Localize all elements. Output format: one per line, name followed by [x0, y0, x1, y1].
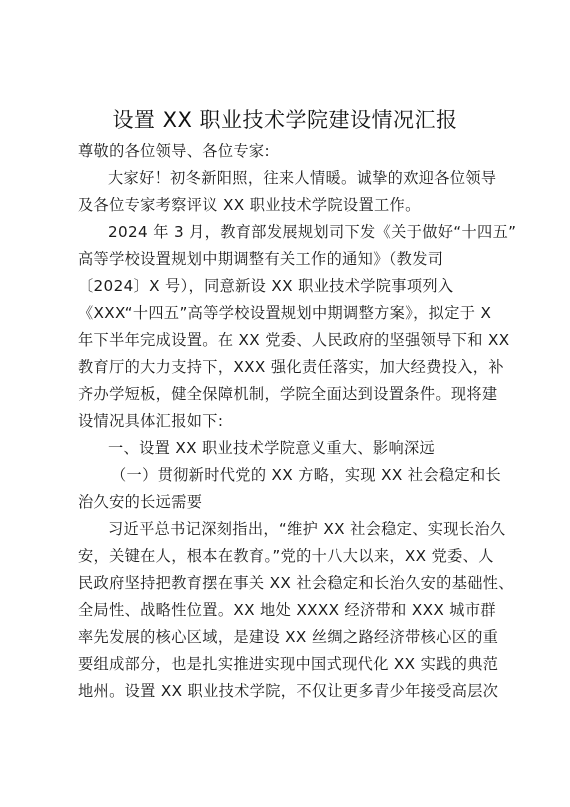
paragraph-line: 安，关键在人，根本在教育。”党的十八大以来，XX 党委、人 — [78, 543, 498, 570]
paragraph-line: 率先发展的核心区域，是建设 XX 丝绸之路经济带核心区的重 — [78, 624, 498, 651]
paragraph-line: 齐办学短板，健全保障机制，学院全面达到设置条件。现将建 — [78, 381, 498, 408]
paragraph-line: 2024 年 3 月，教育部发展规划司下发《关于做好“十四五” — [108, 219, 528, 246]
paragraph-line: 年下半年完成设置。在 XX 党委、人民政府的坚强领导下和 XX — [78, 327, 498, 354]
salutation: 尊敬的各位领导、各位专家: — [78, 138, 498, 165]
paragraph-line: 设情况具体汇报如下: — [78, 408, 498, 435]
paragraph-line: 大家好！初冬新阳照，往来人情暖。诚挚的欢迎各位领导 — [108, 165, 528, 192]
subsection-heading-1-cont: 治久安的长远需要 — [78, 489, 498, 516]
paragraph-line: 《XXX“十四五”高等学校设置规划中期调整方案》，拟定于 X — [78, 300, 498, 327]
paragraph-line: 全局性、战略性位置。XX 地处 XXXX 经济带和 XXX 城市群 — [78, 597, 498, 624]
paragraph-line: 要组成部分，也是扎实推进实现中国式现代化 XX 实践的典范 — [78, 651, 498, 678]
document-title: 设置 XX 职业技术学院建设情况汇报 — [0, 106, 570, 134]
document-page: 设置 XX 职业技术学院建设情况汇报 尊敬的各位领导、各位专家: 大家好！初冬新… — [0, 0, 570, 807]
section-heading-1: 一、设置 XX 职业技术学院意义重大、影响深远 — [108, 435, 528, 462]
paragraph-line: 及各位专家考察评议 XX 职业技术学院设置工作。 — [78, 192, 498, 219]
paragraph-line: 高等学校设置规划中期调整有关工作的通知》（教发司 — [78, 246, 498, 273]
paragraph-line: 民政府坚持把教育摆在事关 XX 社会稳定和长治久安的基础性、 — [78, 570, 498, 597]
paragraph-line: 地州。设置 XX 职业技术学院，不仅让更多青少年接受高层次 — [78, 678, 498, 705]
subsection-heading-1: （一）贯彻新时代党的 XX 方略，实现 XX 社会稳定和长 — [111, 462, 531, 489]
paragraph-line: 教育厅的大力支持下，XXX 强化责任落实，加大经费投入，补 — [78, 354, 498, 381]
paragraph-line: 〔2024〕X 号），同意新设 XX 职业技术学院事项列入 — [78, 273, 498, 300]
paragraph-line: 习近平总书记深刻指出，“维护 XX 社会稳定、实现长治久 — [108, 516, 528, 543]
